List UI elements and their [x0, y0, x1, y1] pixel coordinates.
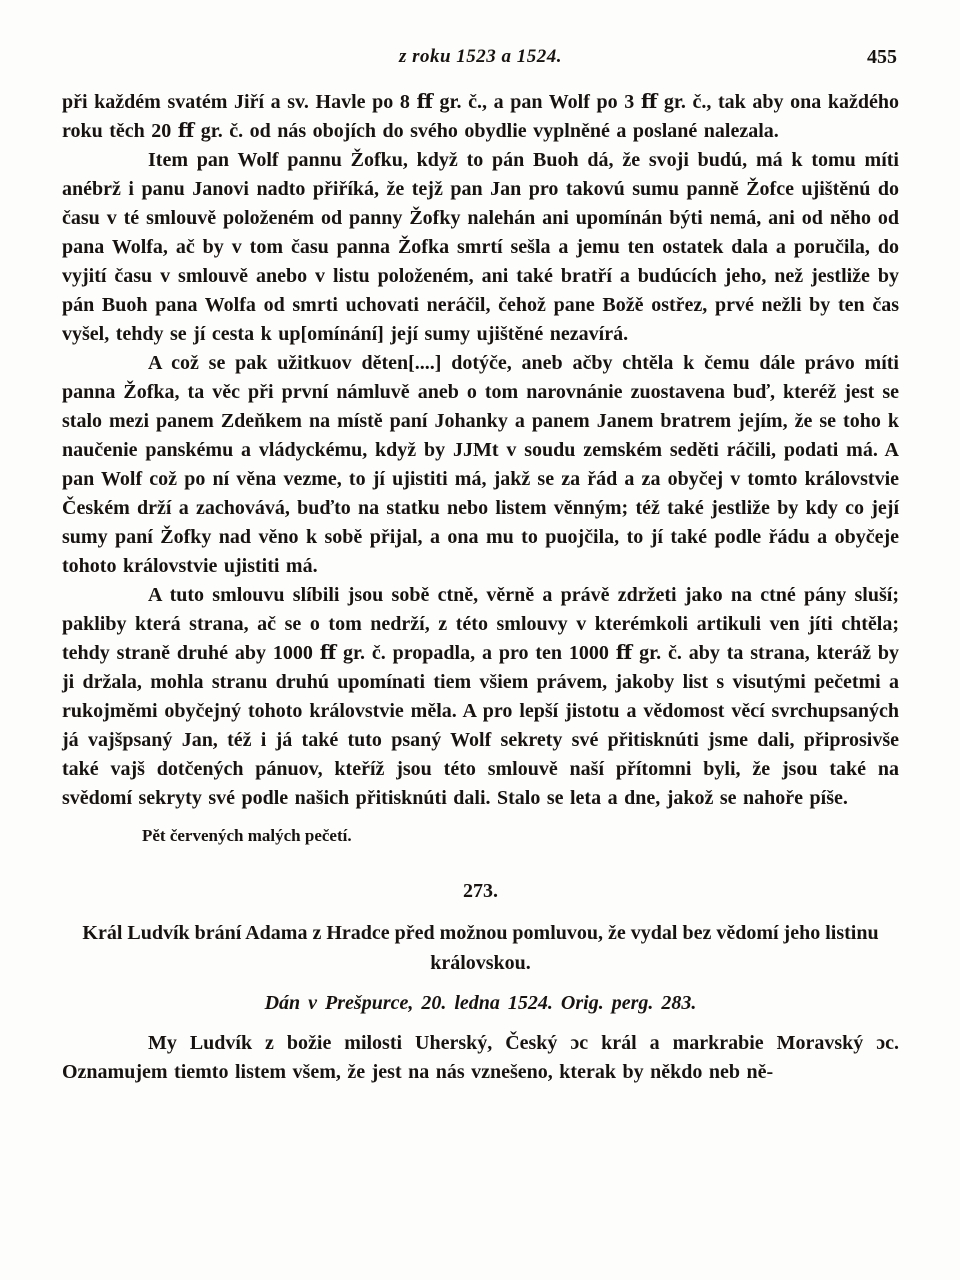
scanned-page: z roku 1523 a 1524. 455 při každém svaté…: [0, 0, 960, 1280]
document-number: 273.: [62, 880, 899, 903]
paragraph-my-ludvik: My Ludvík z božie milosti Uherský, Český…: [62, 1029, 899, 1087]
paragraph-payment-terms: při každém svatém Jiří a sv. Havle po 8 …: [62, 88, 899, 146]
seal-note: Pět červených malých pečetí.: [142, 826, 899, 846]
document-273: 273. Král Ludvík brání Adama z Hradce př…: [62, 880, 899, 1087]
document-summary: Král Ludvík brání Adama z Hradce před mo…: [62, 918, 899, 978]
running-title: z roku 1523 a 1524.: [62, 46, 899, 68]
document-body: My Ludvík z božie milosti Uherský, Český…: [62, 1029, 899, 1087]
page-number: 455: [867, 46, 897, 69]
paragraph-smlouva-slib: A tuto smlouvu slíbili jsou sobě ctně, v…: [62, 581, 899, 813]
document-continuation: při každém svatém Jiří a sv. Havle po 8 …: [62, 88, 899, 846]
document-dateline: Dán v Prešpurce, 20. ledna 1524. Orig. p…: [62, 989, 899, 1017]
document-summary-line-1: Král Ludvík brání Adama z Hradce před mo…: [62, 918, 899, 948]
paragraph-item-wolf: Item pan Wolf pannu Žofku, když to pán B…: [62, 146, 899, 349]
running-head: z roku 1523 a 1524. 455: [62, 46, 899, 72]
document-summary-line-2: královskou.: [62, 948, 899, 978]
paragraph-uzitky: A což se pak užitkuov děten[....] dotýče…: [62, 349, 899, 581]
